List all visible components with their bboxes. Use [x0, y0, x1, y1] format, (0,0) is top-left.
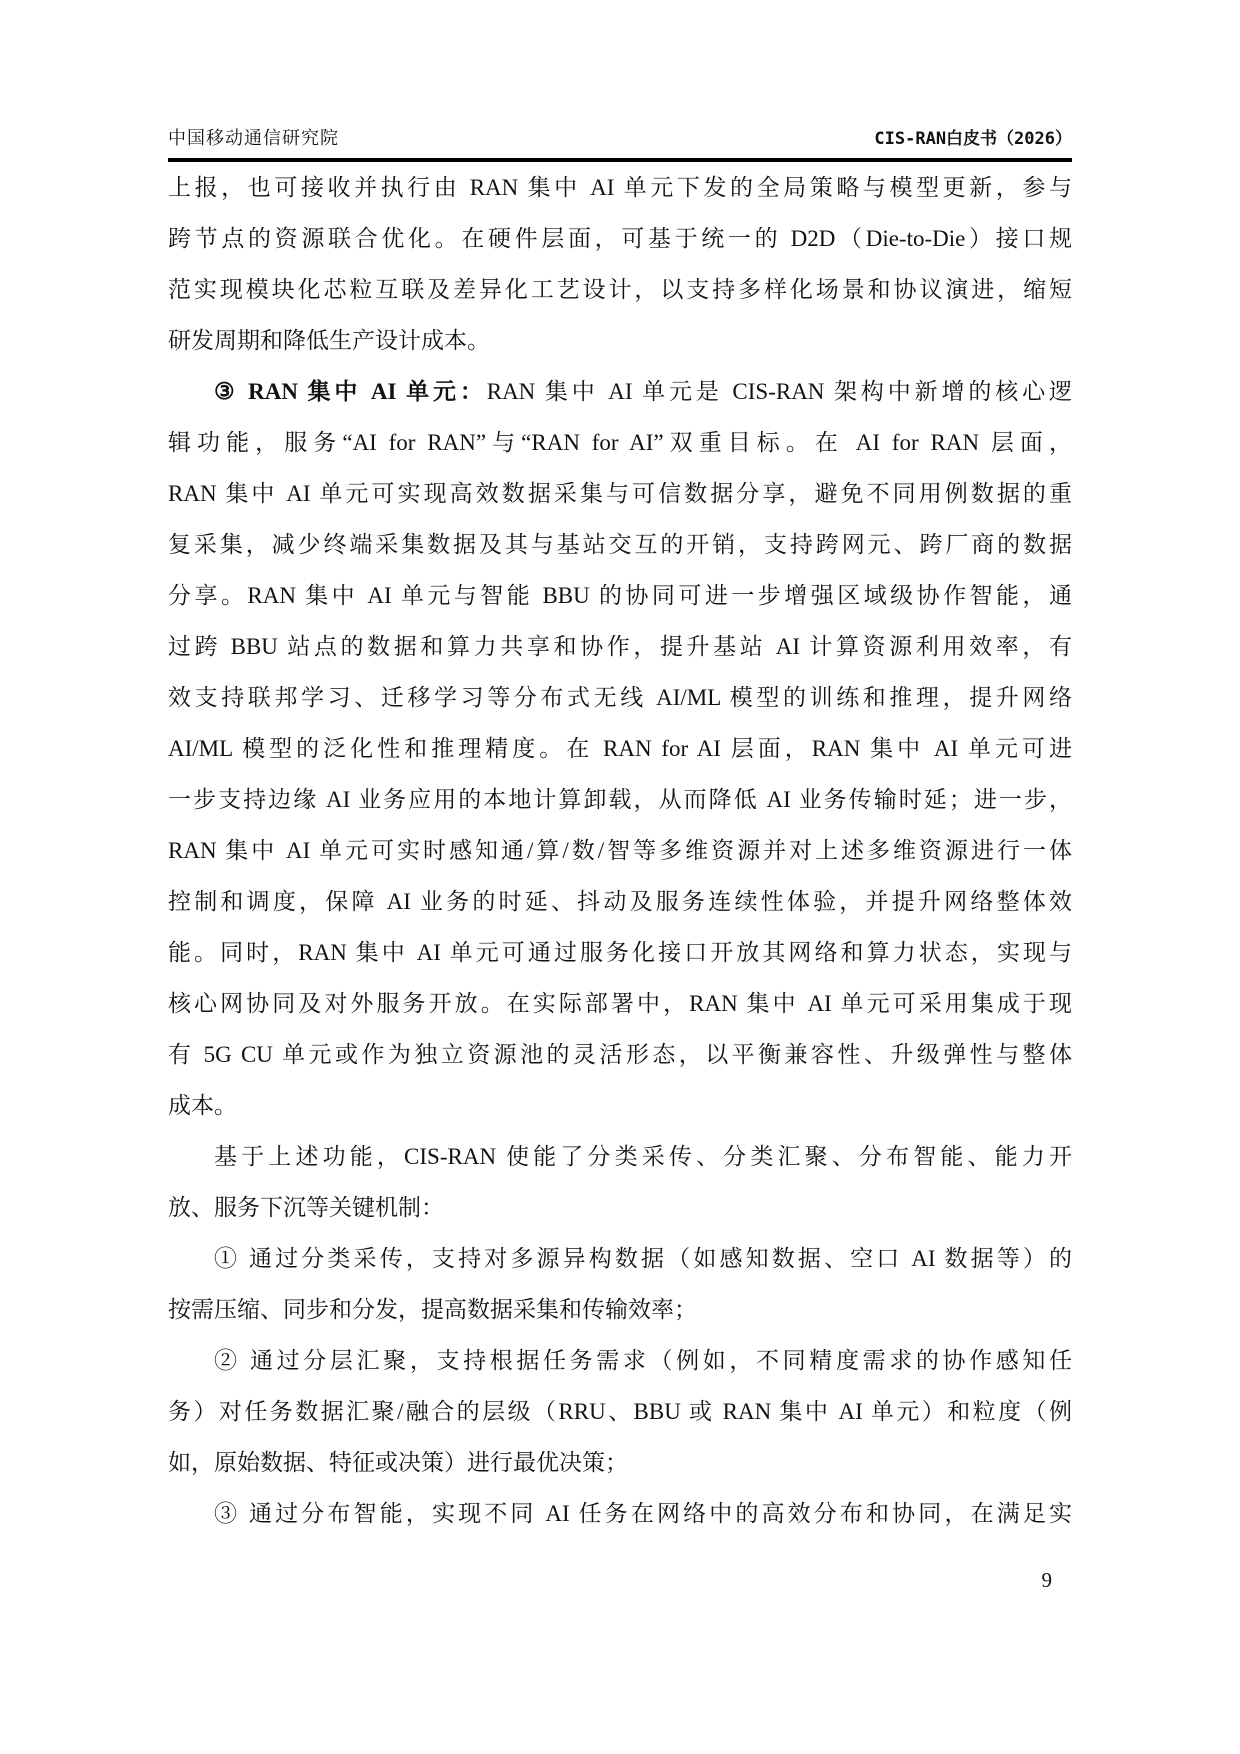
text-run: 有 5G CU 单元或作为独立资源池的灵活形态，以平衡兼容性、升级弹性与整体: [168, 1042, 1072, 1067]
body-line: ① 通过分类采传，支持对多源异构数据（如感知数据、空口 AI 数据等）的: [168, 1233, 1072, 1284]
body-line: 过跨 BBU 站点的数据和算力共享和协作，提升基站 AI 计算资源利用效率，有: [168, 621, 1072, 672]
body-line: 效支持联邦学习、迁移学习等分布式无线 AI/ML 模型的训练和推理，提升网络: [168, 672, 1072, 723]
body-line: 一步支持边缘 AI 业务应用的本地计算卸载，从而降低 AI 业务传输时延；进一步…: [168, 774, 1072, 825]
body-line: 核心网协同及对外服务开放。在实际部署中，RAN 集中 AI 单元可采用集成于现: [168, 978, 1072, 1029]
text-run: 范实现模块化芯粒互联及差异化工艺设计，以支持多样化场景和协议演进，缩短: [168, 277, 1072, 302]
text-run: 效支持联邦学习、迁移学习等分布式无线 AI/ML 模型的训练和推理，提升网络: [168, 685, 1072, 710]
body-line: 控制和调度，保障 AI 业务的时延、抖动及服务连续性体验，并提升网络整体效: [168, 876, 1072, 927]
body-line: 研发周期和降低生产设计成本。: [168, 315, 1072, 366]
text-run: 跨节点的资源联合优化。在硬件层面，可基于统一的 D2D（Die-to-Die）接…: [168, 226, 1072, 251]
text-run: 成本。: [168, 1093, 237, 1118]
text-run: ① 通过分类采传，支持对多源异构数据（如感知数据、空口 AI 数据等）的: [214, 1246, 1072, 1271]
bold-text-run: ③ RAN 集中 AI 单元：: [214, 379, 487, 404]
text-run: RAN 集中 AI 单元是 CIS-RAN 架构中新增的核心逻: [487, 379, 1072, 404]
body-line: 基于上述功能，CIS-RAN 使能了分类采传、分类汇聚、分布智能、能力开: [168, 1131, 1072, 1182]
document-page: 中国移动通信研究院 CIS-RAN白皮书（2026） 上报，也可接收并执行由 R…: [0, 0, 1240, 1754]
body-line: 辑功能，服务“AI for RAN”与“RAN for AI”双重目标。在 AI…: [168, 417, 1072, 468]
body-line: 能。同时，RAN 集中 AI 单元可通过服务化接口开放其网络和算力状态，实现与: [168, 927, 1072, 978]
text-run: 研发周期和降低生产设计成本。: [168, 328, 490, 353]
text-run: 放、服务下沉等关键机制：: [168, 1195, 444, 1220]
body-line: 分享。RAN 集中 AI 单元与智能 BBU 的协同可进一步增强区域级协作智能，…: [168, 570, 1072, 621]
body-line: AI/ML 模型的泛化性和推理精度。在 RAN for AI 层面，RAN 集中…: [168, 723, 1072, 774]
body-line: ③ 通过分布智能，实现不同 AI 任务在网络中的高效分布和协同，在满足实: [168, 1488, 1072, 1539]
body-line: 跨节点的资源联合优化。在硬件层面，可基于统一的 D2D（Die-to-Die）接…: [168, 213, 1072, 264]
header-left-text: 中国移动通信研究院: [168, 124, 339, 150]
text-run: 按需压缩、同步和分发，提高数据采集和传输效率；: [168, 1297, 697, 1322]
text-run: ② 通过分层汇聚，支持根据任务需求（例如，不同精度需求的协作感知任: [214, 1348, 1072, 1373]
body-line: 上报，也可接收并执行由 RAN 集中 AI 单元下发的全局策略与模型更新，参与: [168, 162, 1072, 213]
text-run: 辑功能，服务“AI for RAN”与“RAN for AI”双重目标。在 AI…: [168, 430, 1072, 455]
text-run: 务）对任务数据汇聚/融合的层级（RRU、BBU 或 RAN 集中 AI 单元）和…: [168, 1399, 1072, 1424]
body-line: RAN 集中 AI 单元可实时感知通/算/数/智等多维资源并对上述多维资源进行一…: [168, 825, 1072, 876]
text-run: 一步支持边缘 AI 业务应用的本地计算卸载，从而降低 AI 业务传输时延；进一步…: [168, 787, 1072, 812]
body-line: 如，原始数据、特征或决策）进行最优决策；: [168, 1437, 1072, 1488]
body-line: 复采集，减少终端采集数据及其与基站交互的开销，支持跨网元、跨厂商的数据: [168, 519, 1072, 570]
text-run: RAN 集中 AI 单元可实现高效数据采集与可信数据分享，避免不同用例数据的重: [168, 481, 1072, 506]
text-run: 控制和调度，保障 AI 业务的时延、抖动及服务连续性体验，并提升网络整体效: [168, 889, 1072, 914]
text-run: 核心网协同及对外服务开放。在实际部署中，RAN 集中 AI 单元可采用集成于现: [168, 991, 1072, 1016]
body-line: ③ RAN 集中 AI 单元：RAN 集中 AI 单元是 CIS-RAN 架构中…: [168, 366, 1072, 417]
text-run: 过跨 BBU 站点的数据和算力共享和协作，提升基站 AI 计算资源利用效率，有: [168, 634, 1072, 659]
text-run: RAN 集中 AI 单元可实时感知通/算/数/智等多维资源并对上述多维资源进行一…: [168, 838, 1072, 863]
body-line: 范实现模块化芯粒互联及差异化工艺设计，以支持多样化场景和协议演进，缩短: [168, 264, 1072, 315]
header-right-text: CIS-RAN白皮书（2026）: [874, 124, 1072, 149]
body-line: 务）对任务数据汇聚/融合的层级（RRU、BBU 或 RAN 集中 AI 单元）和…: [168, 1386, 1072, 1437]
body-line: ② 通过分层汇聚，支持根据任务需求（例如，不同精度需求的协作感知任: [168, 1335, 1072, 1386]
text-run: ③ 通过分布智能，实现不同 AI 任务在网络中的高效分布和协同，在满足实: [214, 1501, 1072, 1526]
body-line: 成本。: [168, 1080, 1072, 1131]
body-line: 放、服务下沉等关键机制：: [168, 1182, 1072, 1233]
text-run: 分享。RAN 集中 AI 单元与智能 BBU 的协同可进一步增强区域级协作智能，…: [168, 583, 1072, 608]
text-run: AI/ML 模型的泛化性和推理精度。在 RAN for AI 层面，RAN 集中…: [168, 736, 1072, 761]
body-line: 有 5G CU 单元或作为独立资源池的灵活形态，以平衡兼容性、升级弹性与整体: [168, 1029, 1072, 1080]
text-run: 上报，也可接收并执行由 RAN 集中 AI 单元下发的全局策略与模型更新，参与: [168, 175, 1072, 200]
body-line: RAN 集中 AI 单元可实现高效数据采集与可信数据分享，避免不同用例数据的重: [168, 468, 1072, 519]
page-body: 上报，也可接收并执行由 RAN 集中 AI 单元下发的全局策略与模型更新，参与跨…: [168, 162, 1072, 1539]
text-run: 复采集，减少终端采集数据及其与基站交互的开销，支持跨网元、跨厂商的数据: [168, 532, 1072, 557]
page-number: 9: [168, 1568, 1052, 1593]
body-line: 按需压缩、同步和分发，提高数据采集和传输效率；: [168, 1284, 1072, 1335]
text-run: 基于上述功能，CIS-RAN 使能了分类采传、分类汇聚、分布智能、能力开: [214, 1144, 1072, 1169]
text-run: 能。同时，RAN 集中 AI 单元可通过服务化接口开放其网络和算力状态，实现与: [168, 940, 1072, 965]
text-run: 如，原始数据、特征或决策）进行最优决策；: [168, 1450, 628, 1475]
page-header: 中国移动通信研究院 CIS-RAN白皮书（2026）: [168, 124, 1072, 150]
